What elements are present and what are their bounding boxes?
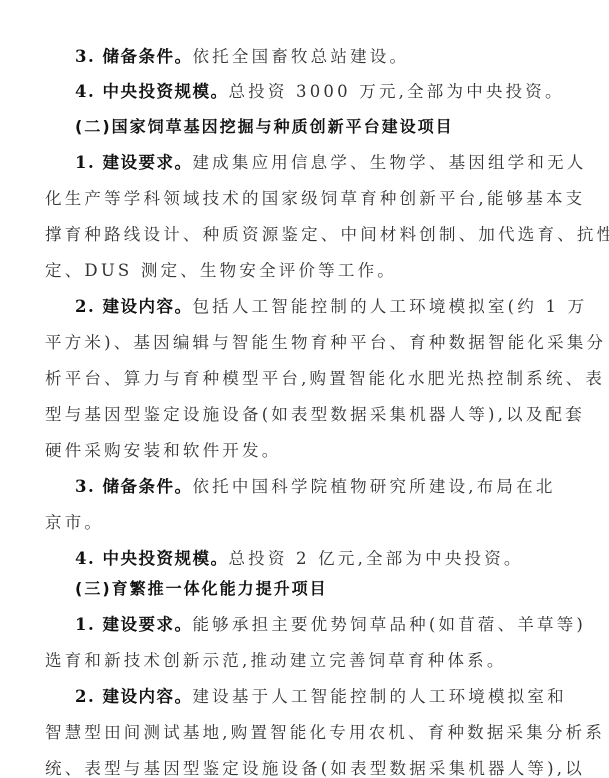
item-build-content-3: 2. 建设内容。建设基于人工智能控制的人工环境模拟室和	[75, 686, 595, 708]
item-text: 能够承担主要优势饲草品种(如苜蓿、羊草等)	[192, 615, 586, 634]
item-label: 1. 建设要求。	[75, 153, 192, 172]
item-label: 4. 中央投资规模。	[75, 549, 228, 568]
item-label: 3. 储备条件。	[75, 47, 192, 66]
paragraph-line: 京市。	[45, 512, 565, 534]
paragraph-line: 化生产等学科领域技术的国家级饲草育种创新平台,能够基本支	[45, 188, 565, 210]
paragraph-line: 统、表型与基因型鉴定设施设备(如表型数据采集机器人等),以	[45, 758, 565, 778]
paragraph-line: 撑育种路线设计、种质资源鉴定、中间材料创制、加代选育、抗性鉴	[45, 224, 565, 246]
item-text: 建设基于人工智能控制的人工环境模拟室和	[192, 687, 566, 706]
paragraph-line: 定、DUS 测定、生物安全评价等工作。	[45, 260, 565, 282]
item-label: 3. 储备条件。	[75, 477, 192, 496]
item-label: 1. 建设要求。	[75, 615, 192, 634]
section-heading-3: (三)育繁推一体化能力提升项目	[75, 578, 595, 600]
item-text: 建成集应用信息学、生物学、基因组学和无人	[192, 153, 586, 172]
item-build-content-2: 2. 建设内容。包括人工智能控制的人工环境模拟室(约 1 万	[75, 296, 595, 318]
item-label: 4. 中央投资规模。	[75, 82, 228, 101]
item-reserve-conditions-1: 3. 储备条件。依托全国畜牧总站建设。	[75, 46, 595, 68]
item-text: 依托全国畜牧总站建设。	[192, 47, 409, 66]
item-text: 总投资 2 亿元,全部为中央投资。	[228, 549, 523, 568]
item-build-requirements-3: 1. 建设要求。能够承担主要优势饲草品种(如苜蓿、羊草等)	[75, 614, 595, 636]
paragraph-line: 型与基因型鉴定设施设备(如表型数据采集机器人等),以及配套	[45, 404, 565, 426]
item-reserve-conditions-2: 3. 储备条件。依托中国科学院植物研究所建设,布局在北	[75, 476, 595, 498]
item-text: 总投资 3000 万元,全部为中央投资。	[228, 82, 564, 101]
document-page: 3. 储备条件。依托全国畜牧总站建设。 4. 中央投资规模。总投资 3000 万…	[0, 0, 609, 778]
section-heading-2: (二)国家饲草基因挖掘与种质创新平台建设项目	[75, 116, 595, 138]
item-label: 2. 建设内容。	[75, 297, 192, 316]
paragraph-line: 硬件采购安装和软件开发。	[45, 440, 565, 462]
item-build-requirements-2: 1. 建设要求。建成集应用信息学、生物学、基因组学和无人	[75, 152, 595, 174]
paragraph-line: 智慧型田间测试基地,购置智能化专用农机、育种数据采集分析系	[45, 722, 565, 744]
item-investment-scale-1: 4. 中央投资规模。总投资 3000 万元,全部为中央投资。	[75, 81, 595, 103]
paragraph-line: 选育和新技术创新示范,推动建立完善饲草育种体系。	[45, 650, 565, 672]
paragraph-line: 析平台、算力与育种模型平台,购置智能化水肥光热控制系统、表	[45, 368, 565, 390]
item-text: 依托中国科学院植物研究所建设,布局在北	[192, 477, 555, 496]
paragraph-line: 平方米)、基因编辑与智能生物育种平台、育种数据智能化采集分	[45, 332, 565, 354]
item-investment-scale-2: 4. 中央投资规模。总投资 2 亿元,全部为中央投资。	[75, 548, 595, 570]
item-text: 包括人工智能控制的人工环境模拟室(约 1 万	[192, 297, 587, 316]
item-label: 2. 建设内容。	[75, 687, 192, 706]
